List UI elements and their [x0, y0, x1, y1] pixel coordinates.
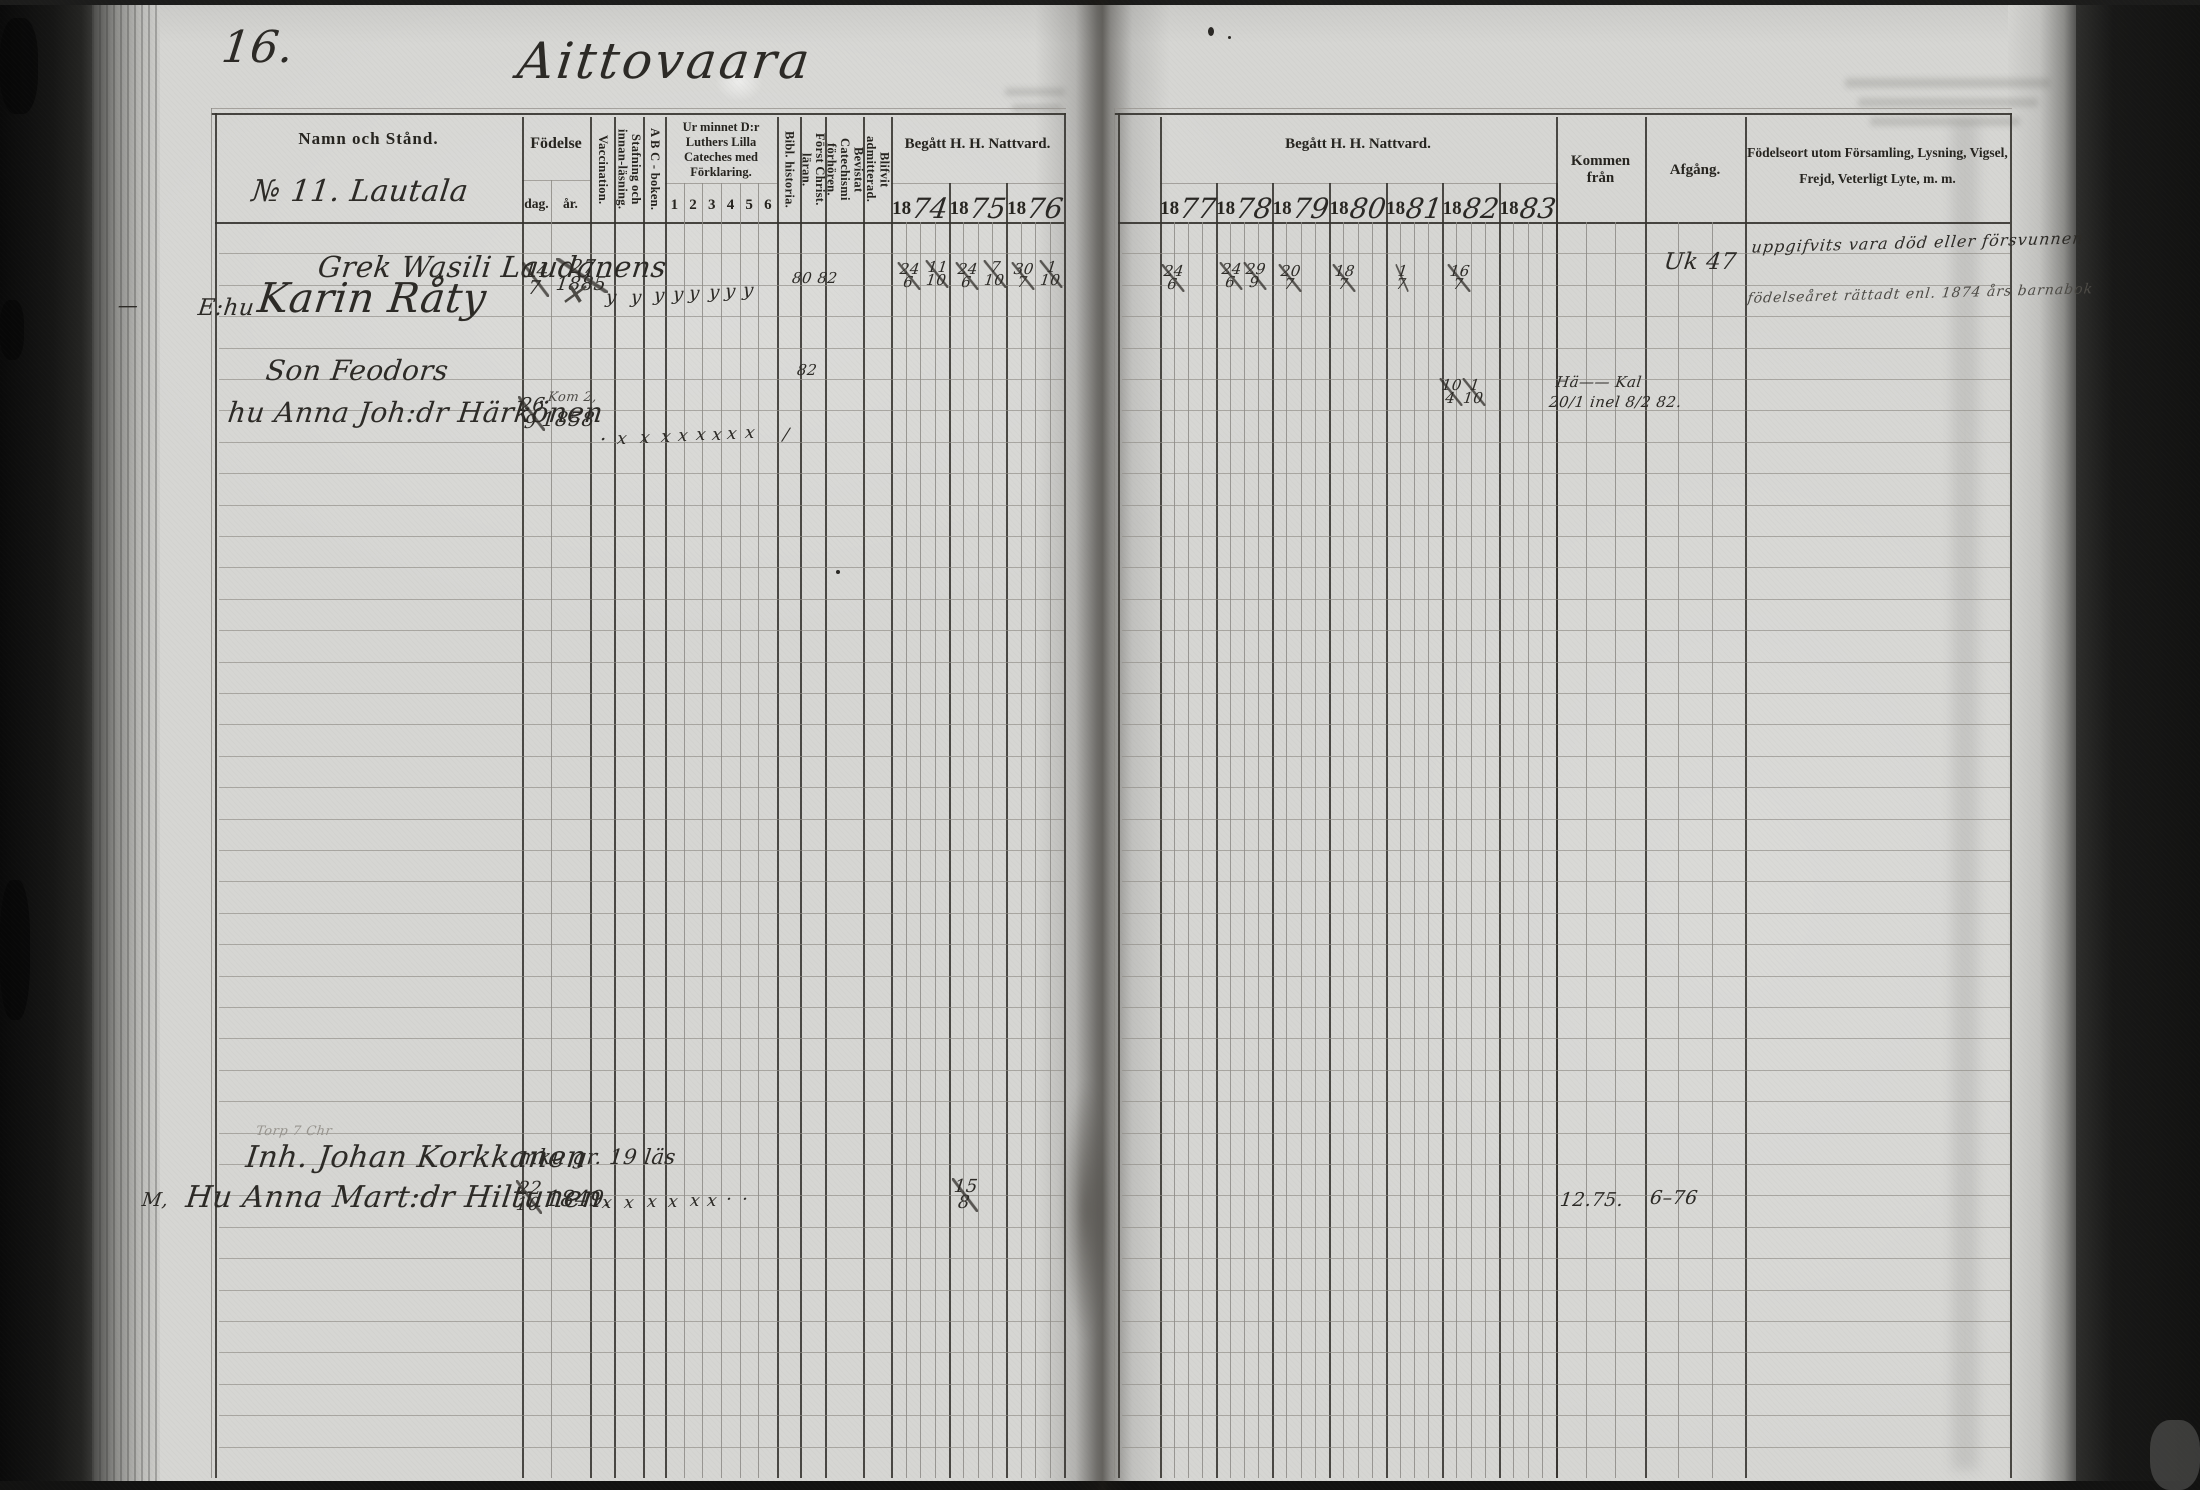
- year-handwritten-digits: 77: [1179, 198, 1218, 220]
- check-mark: y: [708, 285, 721, 302]
- year-header: 1882: [1442, 188, 1499, 220]
- grid-line-horizontal: [1122, 724, 2010, 725]
- grid-line-horizontal: [1122, 473, 2010, 474]
- grid-line-horizontal: [219, 1384, 1064, 1385]
- year-handwritten-digits: 82: [1461, 198, 1500, 220]
- grid-line-horizontal: [219, 536, 1064, 537]
- kommen-entry: 12.75.: [1559, 1192, 1625, 1209]
- scan-corner-mark: [0, 300, 24, 360]
- communion-date: 24 6: [1158, 264, 1188, 292]
- check-mark: x: [689, 1194, 701, 1210]
- grid-line-horizontal: [1122, 1352, 2010, 1353]
- grid-line-vertical: [2010, 113, 2012, 1478]
- grid-line-horizontal: [1114, 113, 2012, 115]
- scan-dark-edge-right: [2076, 0, 2200, 1490]
- year-handwritten-digits: 76: [1026, 198, 1065, 220]
- grid-line-horizontal: [219, 850, 1064, 851]
- check-mark: y: [742, 283, 755, 300]
- afgang-entry: 6–76: [1649, 1190, 1699, 1207]
- communion-date: 30 7: [1008, 262, 1038, 290]
- grid-line-horizontal: [1160, 183, 1556, 184]
- grid-line-horizontal: [1122, 1070, 2010, 1071]
- grid-line-vertical: [665, 117, 667, 1478]
- grid-line-horizontal: [219, 1070, 1064, 1071]
- year-header: 1883: [1499, 188, 1556, 220]
- birth-year: 1858: [541, 410, 596, 428]
- grid-line-horizontal: [211, 108, 1066, 109]
- communion-date: 18 7: [1329, 264, 1359, 292]
- grid-line-horizontal: [219, 693, 1064, 694]
- bleed-through-text: [1845, 78, 2050, 88]
- kommen-entry: Hä—— Kal: [1555, 376, 1642, 390]
- grid-line-vertical: [1272, 183, 1274, 1478]
- grid-line-horizontal: [1122, 442, 2010, 443]
- grid-line-horizontal: [1122, 787, 2010, 788]
- year-printed-prefix: 18: [1386, 198, 1405, 220]
- grid-line-vertical: [1386, 183, 1388, 1478]
- entry-name: Karin Råty: [256, 280, 489, 318]
- grid-line-horizontal: [1122, 976, 2010, 977]
- year-header: 1880: [1329, 188, 1386, 220]
- bleed-through-text: [1858, 98, 2038, 107]
- check-mark: x: [726, 427, 738, 443]
- grid-line-vertical: [758, 183, 759, 1478]
- grid-line-vertical: [551, 180, 552, 1478]
- grid-line-horizontal: [219, 473, 1064, 474]
- year-printed-prefix: 18: [1443, 198, 1462, 220]
- column-header-vertical: Blifvit admitterad.: [863, 120, 891, 219]
- grid-line-vertical: [643, 117, 645, 1478]
- birth-day: 14 7: [518, 262, 554, 297]
- scan-corner-mark: [2150, 1420, 2200, 1490]
- grid-line-horizontal: [1122, 913, 2010, 914]
- gutter-smudge: [1062, 1080, 1108, 1340]
- grid-line-horizontal: [1122, 536, 2010, 537]
- grid-line-vertical: [777, 117, 779, 1478]
- grid-line-horizontal: [219, 567, 1064, 568]
- column-header-afgang: Afgång.: [1645, 156, 1745, 184]
- ink-speck: [1228, 36, 1231, 39]
- check-mark: x: [646, 1195, 658, 1211]
- grid-line-horizontal: [219, 1227, 1064, 1228]
- communion-date: 1 10: [1036, 260, 1066, 288]
- year-handwritten-digits: 75: [968, 198, 1007, 220]
- year-handwritten-digits: 80: [1348, 198, 1387, 220]
- check-mark: x: [601, 1196, 613, 1212]
- grid-line-vertical: [684, 183, 685, 1478]
- grid-line-horizontal: [1122, 944, 2010, 945]
- grid-line-horizontal: [1122, 1038, 2010, 1039]
- grid-line-vertical: [863, 117, 865, 1478]
- grid-line-horizontal: [1122, 1164, 2010, 1165]
- pencil-note: Torp 7 Chr: [255, 1126, 333, 1138]
- grid-line-horizontal: [219, 756, 1064, 757]
- grid-line-vertical: [1745, 117, 1747, 1478]
- grid-line-horizontal: [219, 787, 1064, 788]
- grid-line-horizontal: [1122, 505, 2010, 506]
- entry-name-prefix: E:hu: [197, 298, 256, 319]
- check-mark: y: [630, 290, 643, 307]
- column-header-catechism: Ur minnet D:r Luthers Lilla Cateches med…: [667, 122, 775, 178]
- check-mark: x: [667, 1195, 679, 1211]
- year-printed-prefix: 18: [1500, 198, 1519, 220]
- check-mark: x: [623, 1196, 635, 1212]
- grid-line-horizontal: [1122, 1321, 2010, 1322]
- grid-line-horizontal: [219, 724, 1064, 725]
- check-mark: x: [616, 432, 628, 448]
- column-header-notes-line1: Födelseort utom Församling, Lysning, Vig…: [1745, 142, 2010, 164]
- check-mark: x: [744, 426, 756, 442]
- grid-line-horizontal: [219, 819, 1064, 820]
- column-header-vertical: A B C - boken.: [643, 120, 665, 219]
- communion-date: 24 6: [952, 262, 982, 290]
- check-mark: x: [639, 431, 651, 447]
- year-header: 1874: [891, 188, 949, 220]
- grid-line-horizontal: [1122, 1290, 2010, 1291]
- grid-line-horizontal: [219, 913, 1064, 914]
- grid-line-vertical: [522, 117, 524, 1478]
- communion-date: 29 9: [1240, 262, 1270, 290]
- year-header: 1879: [1272, 188, 1329, 220]
- column-header-kommen: Kommen från: [1556, 156, 1645, 184]
- year-handwritten-digits: 83: [1518, 198, 1557, 220]
- bleed-through-text: [1005, 88, 1065, 96]
- column-header-catechism-number: 6: [759, 192, 778, 218]
- ink-speck: [1208, 27, 1214, 36]
- communion-date: 7 10: [980, 260, 1010, 288]
- grid-line-vertical: [949, 183, 951, 1478]
- grid-line-horizontal: [1122, 850, 2010, 851]
- year-printed-prefix: 18: [950, 198, 969, 220]
- grid-line-horizontal: [219, 1038, 1064, 1039]
- check-mark: y: [605, 290, 618, 307]
- year-handwritten-digits: 78: [1235, 198, 1274, 220]
- grid-line-vertical: [1064, 113, 1066, 1478]
- check-mark: y: [653, 288, 666, 305]
- check-mark: y: [672, 287, 685, 304]
- grid-line-vertical: [1160, 117, 1162, 1478]
- column-header-vertical: Bevistat Catechismi förhören.: [825, 120, 863, 219]
- grid-line-horizontal: [219, 1415, 1064, 1416]
- margin-mark: —: [117, 296, 140, 314]
- grid-line-horizontal: [1122, 567, 2010, 568]
- grid-line-horizontal: [219, 944, 1064, 945]
- grid-line-vertical: [740, 183, 741, 1478]
- grid-line-horizontal: [219, 599, 1064, 600]
- grid-line-horizontal: [522, 180, 590, 181]
- column-header-catechism-number: 3: [702, 192, 721, 218]
- year-handwritten-digits: 79: [1291, 198, 1330, 220]
- grid-line-horizontal: [1122, 1447, 2010, 1448]
- page-number: 16.: [220, 28, 296, 68]
- column-header-communion-right: Begått H. H. Nattvard.: [1160, 132, 1556, 156]
- year-header: 1877: [1160, 188, 1216, 220]
- scan-corner-mark: [0, 18, 38, 114]
- grid-line-horizontal: [1122, 316, 2010, 317]
- grid-line-horizontal: [219, 1352, 1064, 1353]
- group-heading: № 11. Lautala: [250, 178, 470, 206]
- grid-line-vertical: [1556, 117, 1558, 1478]
- page-stack-edge-left: [92, 0, 164, 1490]
- grid-line-vertical: [1118, 113, 1120, 1478]
- grid-line-horizontal: [1122, 599, 2010, 600]
- grid-line-horizontal: [1122, 1007, 2010, 1008]
- bleed-through-text: [1870, 117, 2020, 126]
- grid-line-horizontal: [211, 113, 1066, 115]
- scan-dark-edge-left: [0, 0, 96, 1490]
- grid-line-horizontal: [219, 1007, 1064, 1008]
- grid-line-horizontal: [219, 1101, 1064, 1102]
- grid-line-vertical: [800, 117, 802, 1478]
- page-title: Aittovaara: [515, 38, 815, 84]
- column-header-birth: Födelse: [522, 132, 590, 156]
- year-printed-prefix: 18: [1160, 198, 1179, 220]
- grid-line-horizontal: [219, 1321, 1064, 1322]
- year-handwritten-digits: 81: [1405, 198, 1444, 220]
- grid-line-vertical: [1329, 183, 1331, 1478]
- grid-line-vertical: [702, 183, 703, 1478]
- grid-line-horizontal: [891, 183, 1064, 184]
- column-header-vertical: Stafning och innan-läsning.: [614, 120, 643, 219]
- column-header-catechism-number: 5: [740, 192, 759, 218]
- grid-line-horizontal: [219, 1133, 1064, 1134]
- column-header-notes-line2: Frejd, Veterligt Lyte, m. m.: [1745, 168, 2010, 190]
- grid-line-horizontal: [219, 881, 1064, 882]
- communion-date: 15 8: [948, 1178, 982, 1212]
- year-printed-prefix: 18: [1216, 198, 1235, 220]
- afgang-entry: Uk 47: [1663, 252, 1738, 273]
- column-header-catechism-number: 2: [684, 192, 703, 218]
- communion-date: 16 7: [1444, 264, 1474, 292]
- grid-line-horizontal: [1122, 1384, 2010, 1385]
- communion-date: 1 10: [1459, 378, 1489, 406]
- grid-line-horizontal: [219, 1447, 1064, 1448]
- grid-line-vertical: [1216, 183, 1218, 1478]
- grid-line-vertical: [1499, 183, 1501, 1478]
- page-curl-shade: [1952, 120, 1978, 1470]
- communion-date: 11 10: [922, 260, 952, 288]
- note: 80 82: [791, 272, 838, 286]
- check-mark: x: [706, 1194, 718, 1210]
- year-printed-prefix: 18: [1330, 198, 1349, 220]
- grid-line-vertical: [614, 117, 616, 1478]
- column-header-catechism-number: 4: [721, 192, 740, 218]
- column-header-catechism-number: 1: [665, 192, 684, 218]
- grid-line-horizontal: [219, 1258, 1064, 1259]
- grid-line-horizontal: [1122, 662, 2010, 663]
- column-header-birth-year: år.: [551, 192, 590, 216]
- year-header: 1875: [949, 188, 1006, 220]
- grid-line-horizontal: [1122, 881, 2010, 882]
- note: mku gr. 19 läs: [517, 1148, 677, 1167]
- grid-line-vertical: [1006, 183, 1008, 1478]
- grid-line-vertical: [825, 117, 827, 1478]
- column-header-communion-left: Begått H. H. Nattvard.: [891, 132, 1064, 156]
- check-mark: x: [677, 429, 689, 445]
- grid-line-horizontal: [1122, 253, 2010, 254]
- year-printed-prefix: 18: [1007, 198, 1026, 220]
- grid-line-horizontal: [1122, 819, 2010, 820]
- grid-line-horizontal: [1114, 108, 2012, 109]
- grid-line-vertical: [1114, 108, 1115, 1478]
- strike-mark: ✕: [558, 282, 587, 310]
- note: Kom 2,: [547, 392, 598, 404]
- scanned-book-spread: 16. Aittovaara Namn och Stånd. Födelse d…: [0, 0, 2200, 1490]
- entry-name: Son Feodors: [264, 358, 450, 384]
- check-mark: x: [695, 428, 707, 444]
- communion-date: 24 6: [894, 262, 924, 290]
- grid-line-horizontal: [1122, 1415, 2010, 1416]
- check-mark: y: [688, 286, 701, 303]
- year-header: 1881: [1386, 188, 1442, 220]
- grid-line-horizontal: [1122, 1258, 2010, 1259]
- grid-line-horizontal: [219, 976, 1064, 977]
- scan-corner-mark: [0, 880, 30, 1020]
- birth-day: 22 10: [512, 1180, 546, 1214]
- kommen-entry: 20∕1 inel 8∕2 82.: [1548, 396, 1682, 410]
- grid-line-horizontal: [1122, 756, 2010, 757]
- grid-line-vertical: [721, 183, 722, 1478]
- grid-line-horizontal: [219, 662, 1064, 663]
- column-header-vertical: Vaccination.: [590, 120, 614, 219]
- margin-mark: M,: [141, 1192, 170, 1209]
- year-printed-prefix: 18: [892, 198, 911, 220]
- grid-line-horizontal: [219, 348, 1064, 349]
- check-mark: y: [724, 284, 737, 301]
- ink-speck: [836, 570, 840, 574]
- grid-line-horizontal: [219, 630, 1064, 631]
- grid-line-vertical: [1645, 117, 1647, 1478]
- page-stack-edge-right: [2008, 0, 2078, 1490]
- check-mark: x: [711, 428, 723, 444]
- grid-line-horizontal: [1122, 693, 2010, 694]
- grid-line-horizontal: [1122, 630, 2010, 631]
- column-header-vertical: Först Christ. läran.: [800, 120, 825, 219]
- year-header: 1878: [1216, 188, 1272, 220]
- year-handwritten-digits: 74: [911, 198, 950, 220]
- column-header-name: Namn och Stånd.: [215, 124, 522, 154]
- grid-line-horizontal: [1122, 1227, 2010, 1228]
- grid-line-horizontal: [1122, 1101, 2010, 1102]
- grid-line-horizontal: [219, 505, 1064, 506]
- grid-line-vertical: [891, 117, 893, 1478]
- communion-date: 20 7: [1275, 264, 1305, 292]
- grid-line-vertical: [590, 117, 592, 1478]
- grid-line-horizontal: [1122, 1133, 2010, 1134]
- grid-line-horizontal: [219, 1290, 1064, 1291]
- note: 82: [796, 364, 818, 378]
- year-header: 1876: [1006, 188, 1064, 220]
- column-header-vertical: Bibl. historia.: [777, 120, 800, 219]
- year-printed-prefix: 18: [1273, 198, 1292, 220]
- column-header-birth-day: dag.: [522, 192, 551, 216]
- grid-line-horizontal: [1122, 348, 2010, 349]
- check-mark: x: [660, 430, 672, 446]
